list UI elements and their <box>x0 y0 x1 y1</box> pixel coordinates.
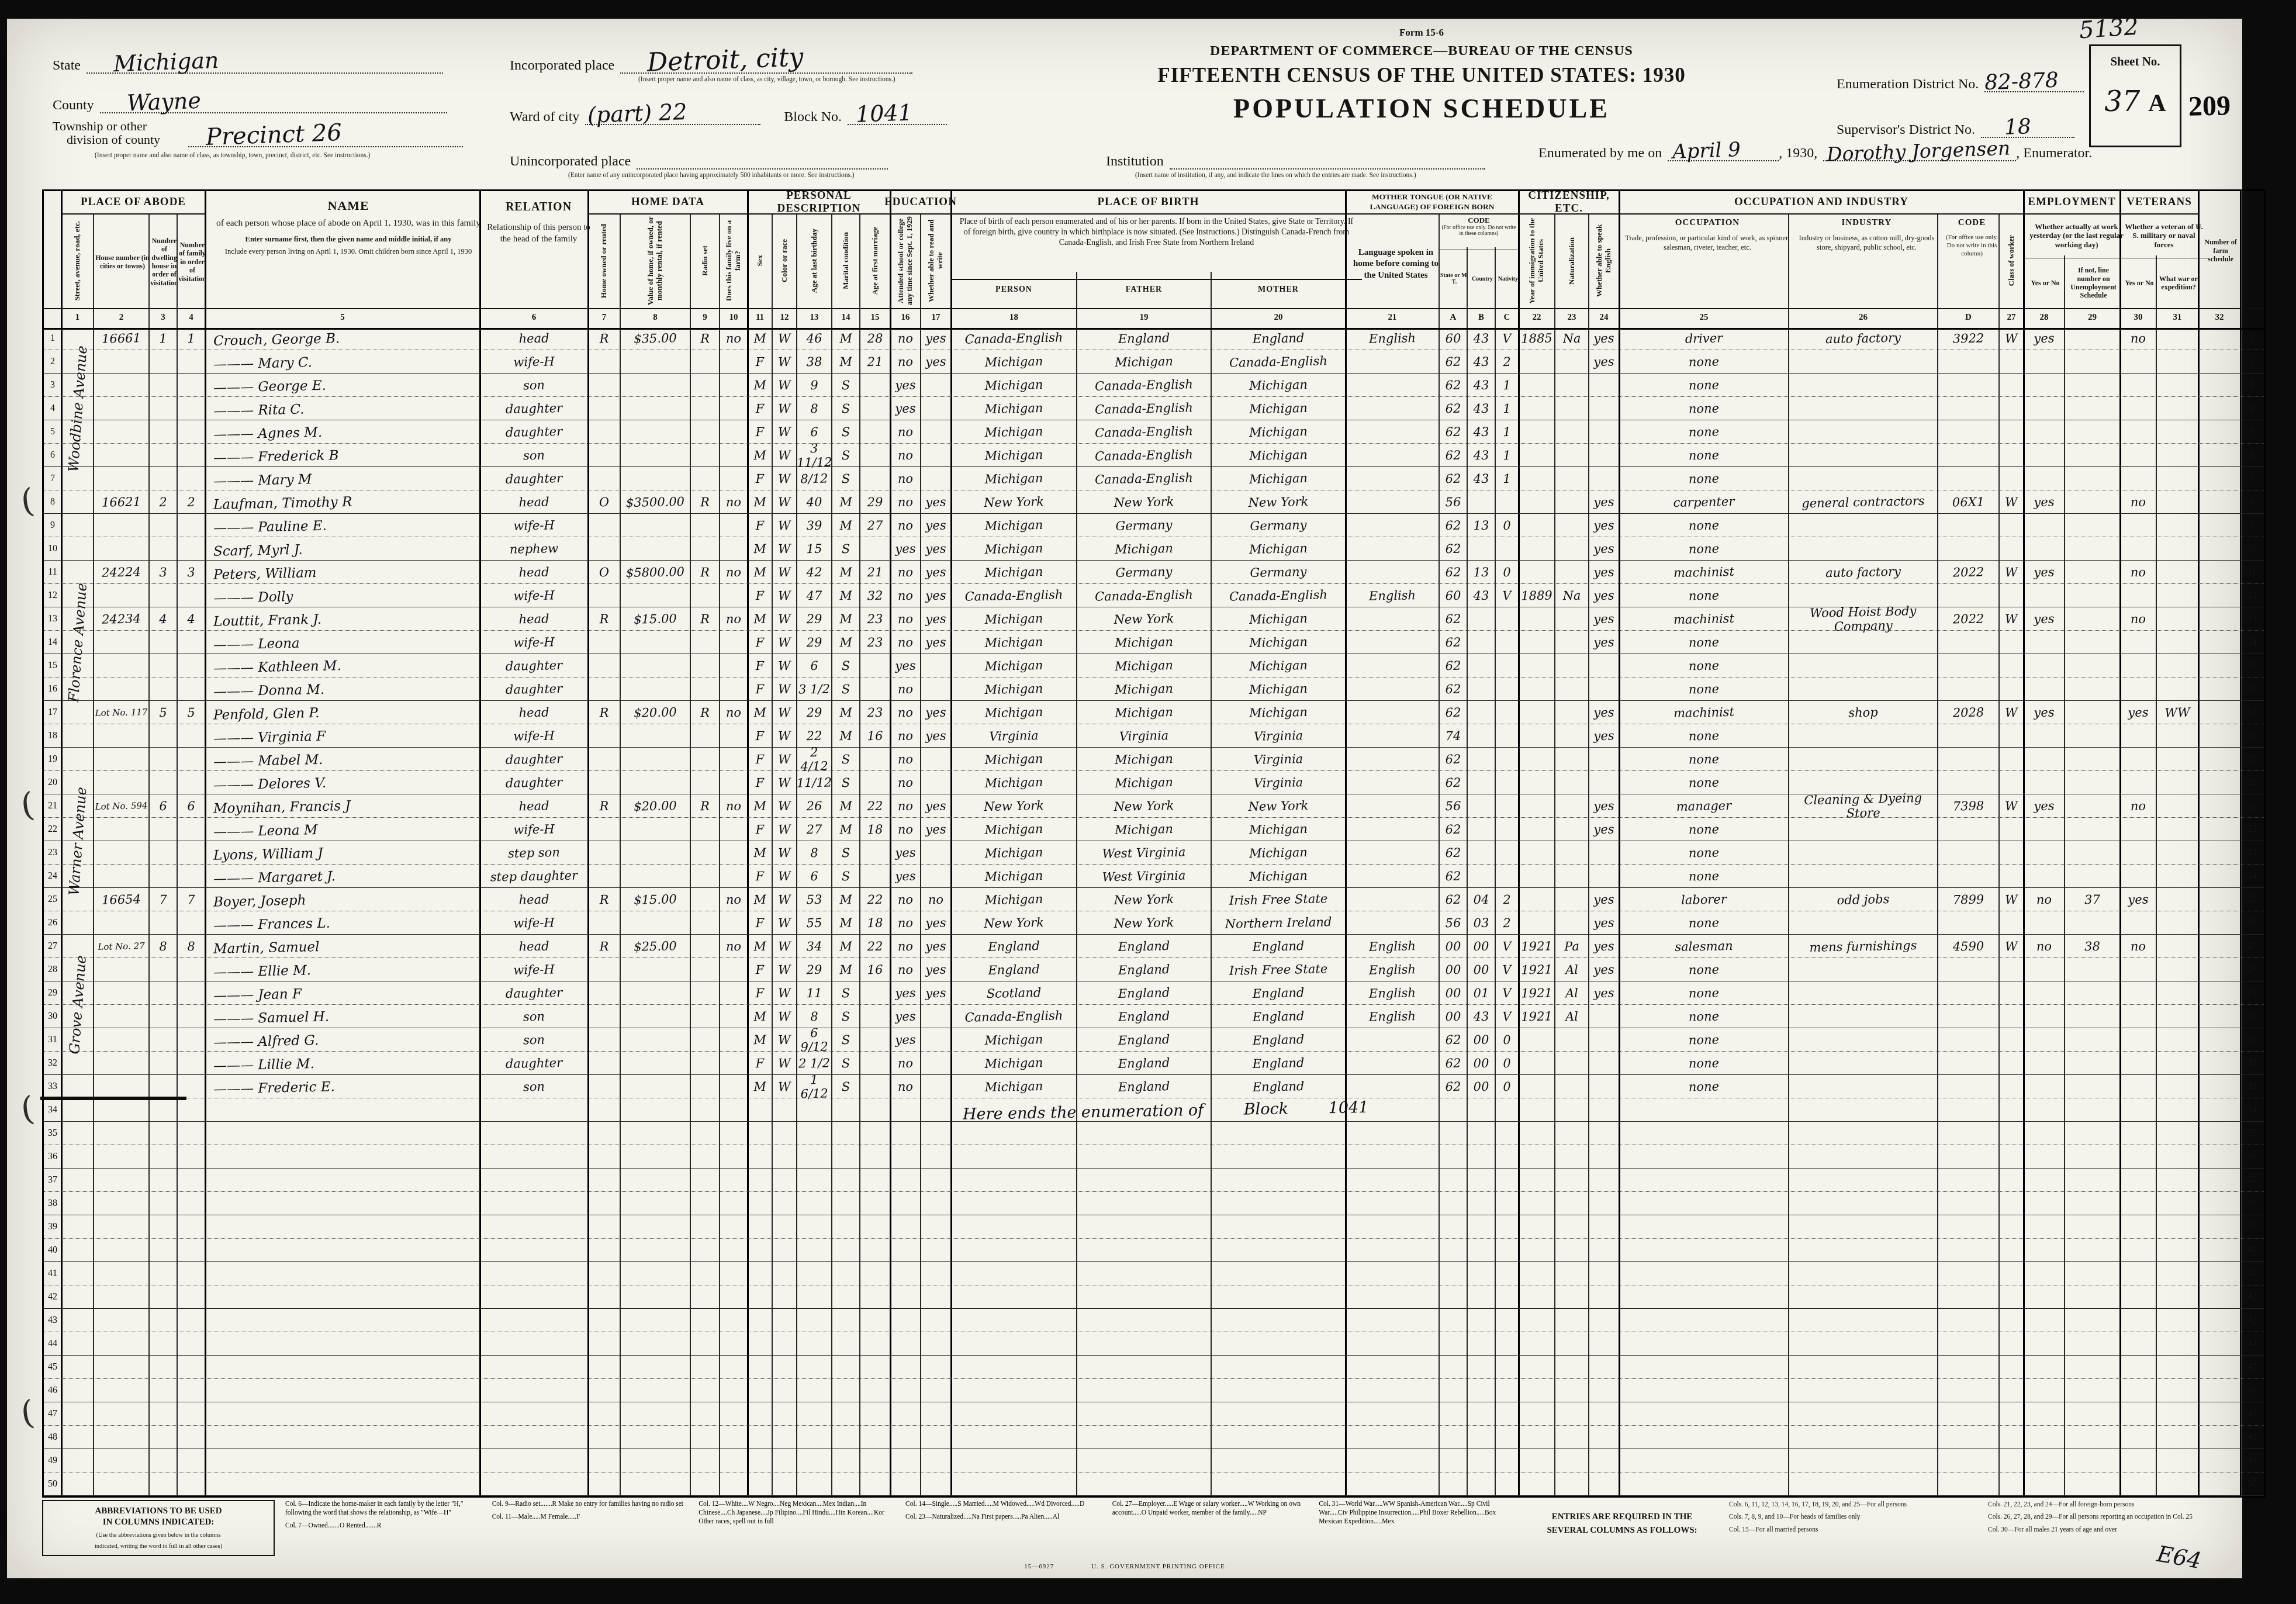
entry-cc: V <box>1495 981 1519 1005</box>
line-number-right: 2 <box>2240 350 2264 374</box>
entry-v30: no <box>2120 794 2157 818</box>
entry-pobf: England <box>1077 980 1212 1007</box>
sheet-letter: A <box>2148 90 2166 117</box>
entry-pobf: Canada-English <box>1077 466 1212 492</box>
entry-occ: none <box>1619 395 1789 422</box>
entry-sch: no <box>890 1074 921 1098</box>
entry-pob: New York <box>951 489 1077 515</box>
veterans-description: Whether a veteran of U. S. military or n… <box>2120 213 2208 258</box>
entry-mar: M <box>832 911 860 935</box>
entry-race: W <box>772 724 797 748</box>
grid-line <box>690 213 690 1496</box>
entry-race: W <box>772 561 797 585</box>
entry-sex: M <box>748 794 773 818</box>
entry-cc: 0 <box>1495 1075 1519 1099</box>
entry-farm: no <box>720 327 748 351</box>
entry-pobm: England <box>1211 1050 1346 1077</box>
entry-mar: M <box>832 584 860 608</box>
entry-cb: 03 <box>1467 911 1496 935</box>
column-number: 20 <box>1211 308 1346 327</box>
entry-code: 06X1 <box>1938 490 2000 514</box>
code-group-header: CODE(For office use only. Do not write i… <box>1439 213 1519 250</box>
column-number: 14 <box>832 308 860 327</box>
col-header-text: Whether able to read and write <box>927 215 945 306</box>
entry-pob: Michigan <box>951 606 1077 632</box>
entry-sch: no <box>890 1051 921 1075</box>
entry-cb: 00 <box>1467 935 1496 959</box>
entry-value: $15.00 <box>620 607 691 632</box>
entry-age: 55 <box>797 911 832 935</box>
entry-race: W <box>772 1075 797 1099</box>
state-underline: Michigan <box>87 53 443 74</box>
entry-pob: New York <box>951 793 1077 819</box>
entry-fam: 1 <box>177 327 206 351</box>
entry-ca: 62 <box>1439 420 1468 444</box>
field-unincorporated: Unincorporated place <box>510 148 888 170</box>
entry-eng: yes <box>1589 934 1620 958</box>
entry-ca: 62 <box>1439 748 1468 772</box>
entry-pob: Michigan <box>951 559 1077 585</box>
entry-v30: no <box>2120 560 2157 584</box>
line-number-left: 10 <box>44 537 61 561</box>
entry-cc: 1 <box>1495 467 1519 491</box>
entry-sex: F <box>748 654 773 678</box>
unincorporated-note: (Enter name of any unincorporated place … <box>568 172 855 179</box>
entry-pobf: Germany <box>1077 513 1212 539</box>
line-number-right: 10 <box>2240 537 2264 561</box>
entry-occ: none <box>1619 816 1789 843</box>
col-header-c20: MOTHER <box>1211 272 1346 308</box>
entry-age: 3 1/2 <box>797 677 832 701</box>
entry-rw: yes <box>921 981 952 1005</box>
entry-ind: odd jobs <box>1789 886 1938 912</box>
line-number-right: 24 <box>2240 865 2264 888</box>
entry-ca: 62 <box>1439 1052 1468 1076</box>
entry-race: W <box>772 841 797 865</box>
row-separator <box>44 1168 2264 1169</box>
entry-rel: step daughter <box>480 863 589 889</box>
col-header-c31: What war or expedition? <box>2156 255 2201 310</box>
col-header-ind: INDUSTRYIndustry or business, as cotton … <box>1789 213 1945 317</box>
abbreviation-block: Col. 14—Single.....S Married.....M Widow… <box>905 1500 1102 1535</box>
col-header-text: Age at last birthday <box>810 229 819 293</box>
line-number-right: 17 <box>2240 701 2264 724</box>
col-header-c30: Yes or No <box>2120 255 2159 310</box>
entry-pobm: England <box>1211 980 1346 1007</box>
entry-ca: 62 <box>1439 561 1468 585</box>
entry-rel: wife-H <box>480 349 589 375</box>
ward-underline: (part) 22 <box>585 104 760 125</box>
abbrev-note-1: (Use the abbreviations given below in th… <box>50 1532 267 1539</box>
entry-race: W <box>772 794 797 818</box>
codeD-title: CODE <box>1941 218 2003 228</box>
entry-ca: 62 <box>1439 1075 1468 1099</box>
line-number-right: 23 <box>2240 841 2264 865</box>
entry-pobm: Michigan <box>1211 419 1346 445</box>
entry-occ: none <box>1619 769 1789 796</box>
entry-pobm: Michigan <box>1211 396 1346 422</box>
col-header-text: Year of immigration to the United States <box>1528 215 1545 306</box>
entry-mar: M <box>832 514 860 538</box>
field-township: Township or other division of county <box>53 119 160 146</box>
abbreviations-box: ABBREVIATIONS TO BE USED IN COLUMNS INDI… <box>42 1500 275 1556</box>
entry-cc: 2 <box>1495 350 1519 374</box>
entry-ca: 62 <box>1439 631 1468 655</box>
requirement-text: Col. 15—For all married persons <box>1729 1525 1973 1535</box>
entry-occ: none <box>1619 839 1789 866</box>
entry-ca: 60 <box>1439 584 1468 608</box>
entry-cls: W <box>1999 561 2024 585</box>
abbreviation-text: Col. 31—World War.....WW Spanish-America… <box>1319 1500 1515 1527</box>
line-number-right: 21 <box>2240 794 2264 818</box>
grid-line <box>1998 213 1999 1496</box>
entry-pobf: Canada-English <box>1077 372 1212 399</box>
entry-sex: F <box>748 397 773 421</box>
entry-age: 6 <box>797 654 832 677</box>
entry-sex: M <box>748 1028 773 1052</box>
entry-rw: yes <box>921 513 952 537</box>
entry-cc: 0 <box>1495 514 1519 538</box>
entry-pobf: Canada-English <box>1077 583 1212 609</box>
entry-race: W <box>772 467 797 491</box>
entry-mar: M <box>832 350 860 374</box>
column-number: 30 <box>2120 308 2156 327</box>
entry-sex: M <box>748 444 773 468</box>
entry-mar: M <box>832 327 860 351</box>
entry-mar: S <box>832 1075 860 1099</box>
entry-sex: F <box>748 981 773 1005</box>
line-number-right: 47 <box>2240 1402 2264 1426</box>
entry-ca: 56 <box>1439 911 1468 935</box>
entry-rel: daughter <box>480 746 589 772</box>
entry-pobf: Germany <box>1077 559 1212 586</box>
entry-pobm: Michigan <box>1211 676 1346 703</box>
entry-pob: Michigan <box>951 653 1077 679</box>
entry-occ: none <box>1619 980 1789 1007</box>
entry-race: W <box>772 911 797 935</box>
entry-own: R <box>588 607 621 631</box>
entry-w28: no <box>2024 887 2065 911</box>
col-header-c13: Age at last birthday <box>797 213 832 308</box>
entry-pob: Michigan <box>951 863 1077 889</box>
entry-sex: M <box>748 701 773 725</box>
entry-ca: 62 <box>1439 1028 1468 1052</box>
grid-line <box>1588 213 1589 1496</box>
enumerated-suffix: , Enumerator. <box>2016 146 2092 161</box>
entry-farm: no <box>720 561 748 585</box>
entry-sex: F <box>748 748 773 772</box>
entry-pob: Michigan <box>951 770 1077 796</box>
entry-rw: yes <box>921 350 952 374</box>
entry-mar: M <box>832 490 860 514</box>
entry-eng: yes <box>1589 724 1620 748</box>
entry-sch: no <box>890 700 921 724</box>
field-ward: Ward of city (part) 22 Block No. 1041 <box>510 104 947 125</box>
line-number-right: 31 <box>2240 1028 2264 1052</box>
entry-pob: Canada-English <box>951 326 1077 351</box>
entry-pobm: Germany <box>1211 513 1346 539</box>
group-header: EMPLOYMENT <box>2024 191 2120 215</box>
page-stamp-number: 209 <box>2188 89 2231 122</box>
entry-v30: no <box>2120 326 2157 350</box>
col-header-text: Street, avenue, road, etc. <box>73 221 82 300</box>
group-header: VETERANS <box>2120 191 2198 215</box>
footer: ABBREVIATIONS TO BE USED IN COLUMNS INDI… <box>42 1500 2232 1556</box>
institution-underline <box>1170 148 1485 170</box>
entry-cb: 43 <box>1467 420 1496 444</box>
entry-cb: 13 <box>1467 514 1496 538</box>
col-header-c1: Street, avenue, road, etc. <box>61 213 94 308</box>
incorporated-note: (Insert proper name and also name of cla… <box>638 76 895 83</box>
entry-cb: 01 <box>1467 981 1496 1005</box>
entry-house: 24224 <box>94 560 150 585</box>
entry-age: 27 <box>797 817 832 841</box>
entry-eng: yes <box>1589 350 1620 374</box>
entry-sch: no <box>890 934 921 958</box>
entry-w28: yes <box>2024 607 2065 631</box>
entry-sch: no <box>890 350 921 374</box>
entry-cb: 43 <box>1467 1005 1496 1029</box>
col-header-c8: Value of home, if owned, or monthly rent… <box>620 213 690 308</box>
entry-pob: Michigan <box>951 419 1077 445</box>
entry-pobm: Michigan <box>1211 700 1346 726</box>
entry-pob: Michigan <box>951 443 1077 468</box>
abbreviation-block: Col. 31—World War.....WW Spanish-America… <box>1319 1500 1515 1535</box>
entry-age: 8/12 <box>797 466 832 490</box>
entry-age: 22 <box>797 724 832 748</box>
entry-ca: 62 <box>1439 467 1468 491</box>
entry-pobm: Canada-English <box>1211 583 1346 609</box>
entry-cc: V <box>1495 958 1519 982</box>
column-number: B <box>1467 308 1495 327</box>
enumerated-date-underline: April 9 <box>1668 140 1779 161</box>
entry-pobf: Michigan <box>1077 676 1212 703</box>
grid-line <box>148 213 149 1496</box>
paper-sheet: State Michigan County Wayne Township or … <box>7 19 2242 1578</box>
line-number-right: 39 <box>2240 1215 2264 1239</box>
entry-eng: yes <box>1589 630 1620 654</box>
end-of-enumeration-rule <box>40 1097 186 1100</box>
block-underline: 1041 <box>848 104 947 125</box>
entry-occ: none <box>1619 723 1789 749</box>
entry-own: R <box>588 326 621 350</box>
entry-ind: shop <box>1789 699 1938 725</box>
entry-rw: yes <box>921 700 952 724</box>
entry-pobm: Michigan <box>1211 372 1346 399</box>
grid-line <box>2064 255 2065 1496</box>
grid-line <box>2023 191 2025 1496</box>
state-value: Michigan <box>113 47 219 77</box>
entry-agem: 16 <box>860 724 891 748</box>
column-number: 10 <box>720 308 748 327</box>
entry-cc: 0 <box>1495 1052 1519 1076</box>
code-note: (For office use only. Do not write in th… <box>1439 225 1519 237</box>
line-number-left: 26 <box>44 911 61 935</box>
col-header-c18: PERSON <box>951 272 1077 308</box>
abbreviation-text: Col. 27—Employer.....E Wage or salary wo… <box>1112 1500 1309 1517</box>
entry-code: 2022 <box>1938 607 2000 631</box>
enum-district-value: 82-878 <box>1984 68 2059 95</box>
entry-agem: 21 <box>860 350 891 374</box>
entry-eng: yes <box>1589 513 1620 537</box>
entry-race: W <box>772 701 797 725</box>
entry-pobm: Michigan <box>1211 840 1346 866</box>
entry-race: W <box>772 958 797 982</box>
enumerated-label: Enumerated by me on <box>1538 146 1662 161</box>
entry-sex: M <box>748 490 773 514</box>
entry-rel: step son <box>480 840 589 866</box>
entry-pobm: Virginia <box>1211 770 1346 796</box>
entry-radio: R <box>690 326 720 350</box>
row-separator <box>44 1238 2264 1239</box>
entry-radio: R <box>690 560 720 584</box>
entry-value: $5800.00 <box>620 560 691 585</box>
requirement-text: Cols. 7, 8, 9, and 10—For heads of famil… <box>1729 1512 1973 1522</box>
entry-sch: yes <box>890 373 921 397</box>
entry-pob: New York <box>951 910 1077 936</box>
entry-mar: S <box>832 420 860 444</box>
line-number-right: 29 <box>2240 981 2264 1005</box>
entry-ca: 62 <box>1439 841 1468 865</box>
entry-cb: 43 <box>1467 584 1496 608</box>
entry-mar: M <box>832 724 860 748</box>
print-code: 15—6927 <box>1024 1563 1054 1570</box>
line-number-right: 25 <box>2240 888 2264 911</box>
entry-pobf: Michigan <box>1077 746 1212 773</box>
name-header-text: Enter surname first, then the given name… <box>211 235 486 244</box>
column-number: 7 <box>588 308 620 327</box>
line-number-right: 6 <box>2240 444 2264 467</box>
occ-desc: Trade, profession, or particular kind of… <box>1623 234 1792 252</box>
entry-age: 8 <box>797 396 832 420</box>
entry-pobf: Canada-English <box>1077 443 1212 469</box>
entry-mar: S <box>832 374 860 397</box>
entry-farm: no <box>720 607 748 631</box>
entry-race: W <box>772 631 797 655</box>
entry-occ: manager <box>1619 793 1789 820</box>
column-number: 1 <box>61 308 94 327</box>
margin-bracket: ( <box>13 481 42 521</box>
col-header-text: Value of home, if owned, or monthly rent… <box>646 215 664 306</box>
entry-race: W <box>772 748 797 772</box>
entry-cls: W <box>1999 794 2024 818</box>
entry-race: W <box>772 584 797 608</box>
entry-occ: none <box>1619 629 1789 656</box>
entry-occ: none <box>1619 442 1789 469</box>
line-number-right: 44 <box>2240 1332 2264 1356</box>
entry-sex: F <box>748 467 773 491</box>
entry-sch: no <box>890 490 921 514</box>
entry-pobf: Michigan <box>1077 700 1212 726</box>
enumerated-mid: , 1930, <box>1779 146 1817 161</box>
entry-dwell: 5 <box>149 701 178 725</box>
column-number: 29 <box>2065 308 2120 327</box>
entry-rw: no <box>921 887 952 911</box>
entry-age: 38 <box>797 350 832 374</box>
col-header-text: Color or race <box>780 239 789 282</box>
entry-sch: no <box>890 466 921 490</box>
entry-v30: no <box>2120 934 2157 958</box>
entry-rel: wife-H <box>480 723 589 749</box>
entry-occ: none <box>1619 676 1789 703</box>
entry-sex: F <box>748 958 773 982</box>
occ-desc: Industry or business, as cotton mill, dr… <box>1792 234 1941 252</box>
col-header-c15: Age at first marriage <box>860 213 890 308</box>
abbreviation-columns: Col. 6—Indicate the home-maker in each f… <box>285 1500 1515 1535</box>
entry-cb: 00 <box>1467 958 1496 982</box>
line-number-right: 11 <box>2240 561 2264 584</box>
township-value: Precinct 26 <box>205 119 342 151</box>
line-number-right: 32 <box>2240 1052 2264 1075</box>
entry-rel: daughter <box>480 770 589 796</box>
entry-sch: yes <box>890 1028 921 1052</box>
entry-sex: M <box>748 1005 773 1029</box>
entry-rel: wife-H <box>480 513 589 538</box>
entry-race: W <box>772 1028 797 1052</box>
entry-cls: W <box>1999 607 2024 631</box>
scanned-census-page: { "page": { "form_no": "Form 15-6", "dep… <box>0 0 2296 1604</box>
entry-rel: son <box>480 443 589 468</box>
entry-mar: M <box>832 794 860 818</box>
schedule-title: POPULATION SCHEDULE <box>1001 93 1842 124</box>
entry-pob: Michigan <box>951 887 1077 912</box>
margin-bracket: ( <box>13 785 42 825</box>
entry-lang: English <box>1346 980 1440 1005</box>
abbreviation-text: Col. 7—Owned.......O Rented.......R <box>285 1522 482 1530</box>
entry-mar: M <box>832 631 860 655</box>
enumerator-underline: Dorothy Jorgensen <box>1823 140 2016 161</box>
entry-pobf: Michigan <box>1077 653 1212 679</box>
line-number-left: 20 <box>44 771 61 794</box>
line-number-right: 27 <box>2240 935 2264 958</box>
field-incorporated: Incorporated place Detroit, city <box>510 53 912 74</box>
entry-mar: S <box>832 467 860 491</box>
entry-sex: F <box>748 771 773 795</box>
entry-occ: none <box>1619 372 1789 399</box>
line-number-right: 13 <box>2240 607 2264 631</box>
entry-sex: F <box>748 724 773 748</box>
entry-dwell: 8 <box>149 935 178 959</box>
entry-ca: 62 <box>1439 771 1468 795</box>
entry-sch: no <box>890 420 921 444</box>
col-header-c4: Number of family in order of visitation <box>177 213 208 310</box>
entry-house: 16621 <box>94 490 150 514</box>
col-header-c12: Color or race <box>772 213 797 308</box>
entry-mar: M <box>832 607 860 631</box>
entry-ind: auto factory <box>1789 325 1938 351</box>
entry-eng: yes <box>1589 607 1620 631</box>
entry-sex: F <box>748 420 773 444</box>
entry-cb: 43 <box>1467 374 1496 397</box>
col-header-c11: Sex <box>748 213 772 308</box>
entry-race: W <box>772 350 797 374</box>
entry-sch: no <box>890 747 921 771</box>
entry-fam: 6 <box>177 794 206 818</box>
line-number-right: 43 <box>2240 1309 2264 1332</box>
line-number-left: 43 <box>44 1309 61 1332</box>
entry-race: W <box>772 607 797 631</box>
entry-pob: England <box>951 934 1077 959</box>
entry-age: 39 <box>797 513 832 537</box>
entry-yr: 1921 <box>1519 981 1555 1005</box>
entry-pobm: Irish Free State <box>1211 887 1346 913</box>
entry-sex: F <box>748 677 773 701</box>
entry-pob: Michigan <box>951 396 1077 421</box>
line-number-right: 19 <box>2240 748 2264 771</box>
entry-age: 11 <box>797 981 832 1005</box>
line-number-right: 48 <box>2240 1426 2264 1449</box>
entry-mar: M <box>832 701 860 725</box>
